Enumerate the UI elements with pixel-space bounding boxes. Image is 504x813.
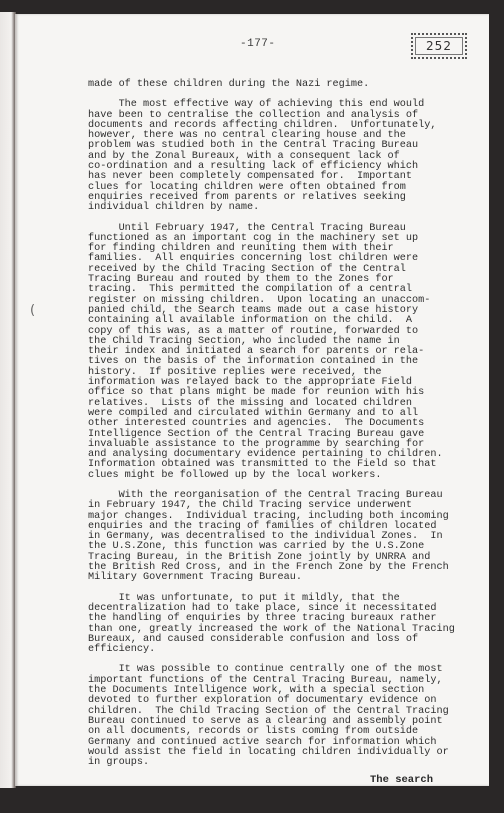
page-number: -177- <box>240 38 276 50</box>
text-line: made of these children during the Nazi r… <box>88 80 460 90</box>
margin-bracket-mark: ( <box>30 303 35 318</box>
text-line: containing all available information on … <box>88 316 460 326</box>
text-line: the handling of enquiries by three traci… <box>88 614 460 624</box>
text-line: Military Government Tracing Bureau. <box>88 573 460 583</box>
text-line: other interested countries and agencies.… <box>88 419 460 429</box>
paragraph: It was unfortunate, to put it mildly, th… <box>88 594 460 656</box>
paragraph: It was possible to continue centrally on… <box>88 665 460 768</box>
binding-edge <box>0 12 16 788</box>
paragraph: Until February 1947, the Central Tracing… <box>88 224 460 481</box>
text-line: individual children by name. <box>88 203 460 213</box>
text-line: on all documents, records or lists comin… <box>88 727 460 737</box>
paragraph: With the reorganisation of the Central T… <box>88 491 460 584</box>
paragraph: made of these children during the Nazi r… <box>88 80 460 90</box>
text-line: in groups. <box>88 758 460 768</box>
document-body: made of these children during the Nazi r… <box>88 80 460 768</box>
text-line: efficiency. <box>88 645 460 655</box>
text-line: clues might be followed up by the local … <box>88 471 460 481</box>
catchword: The search <box>370 774 433 786</box>
archive-stamp: 252 <box>411 33 467 59</box>
paragraph: The most effective way of achieving this… <box>88 100 460 213</box>
stamp-number: 252 <box>426 39 452 53</box>
